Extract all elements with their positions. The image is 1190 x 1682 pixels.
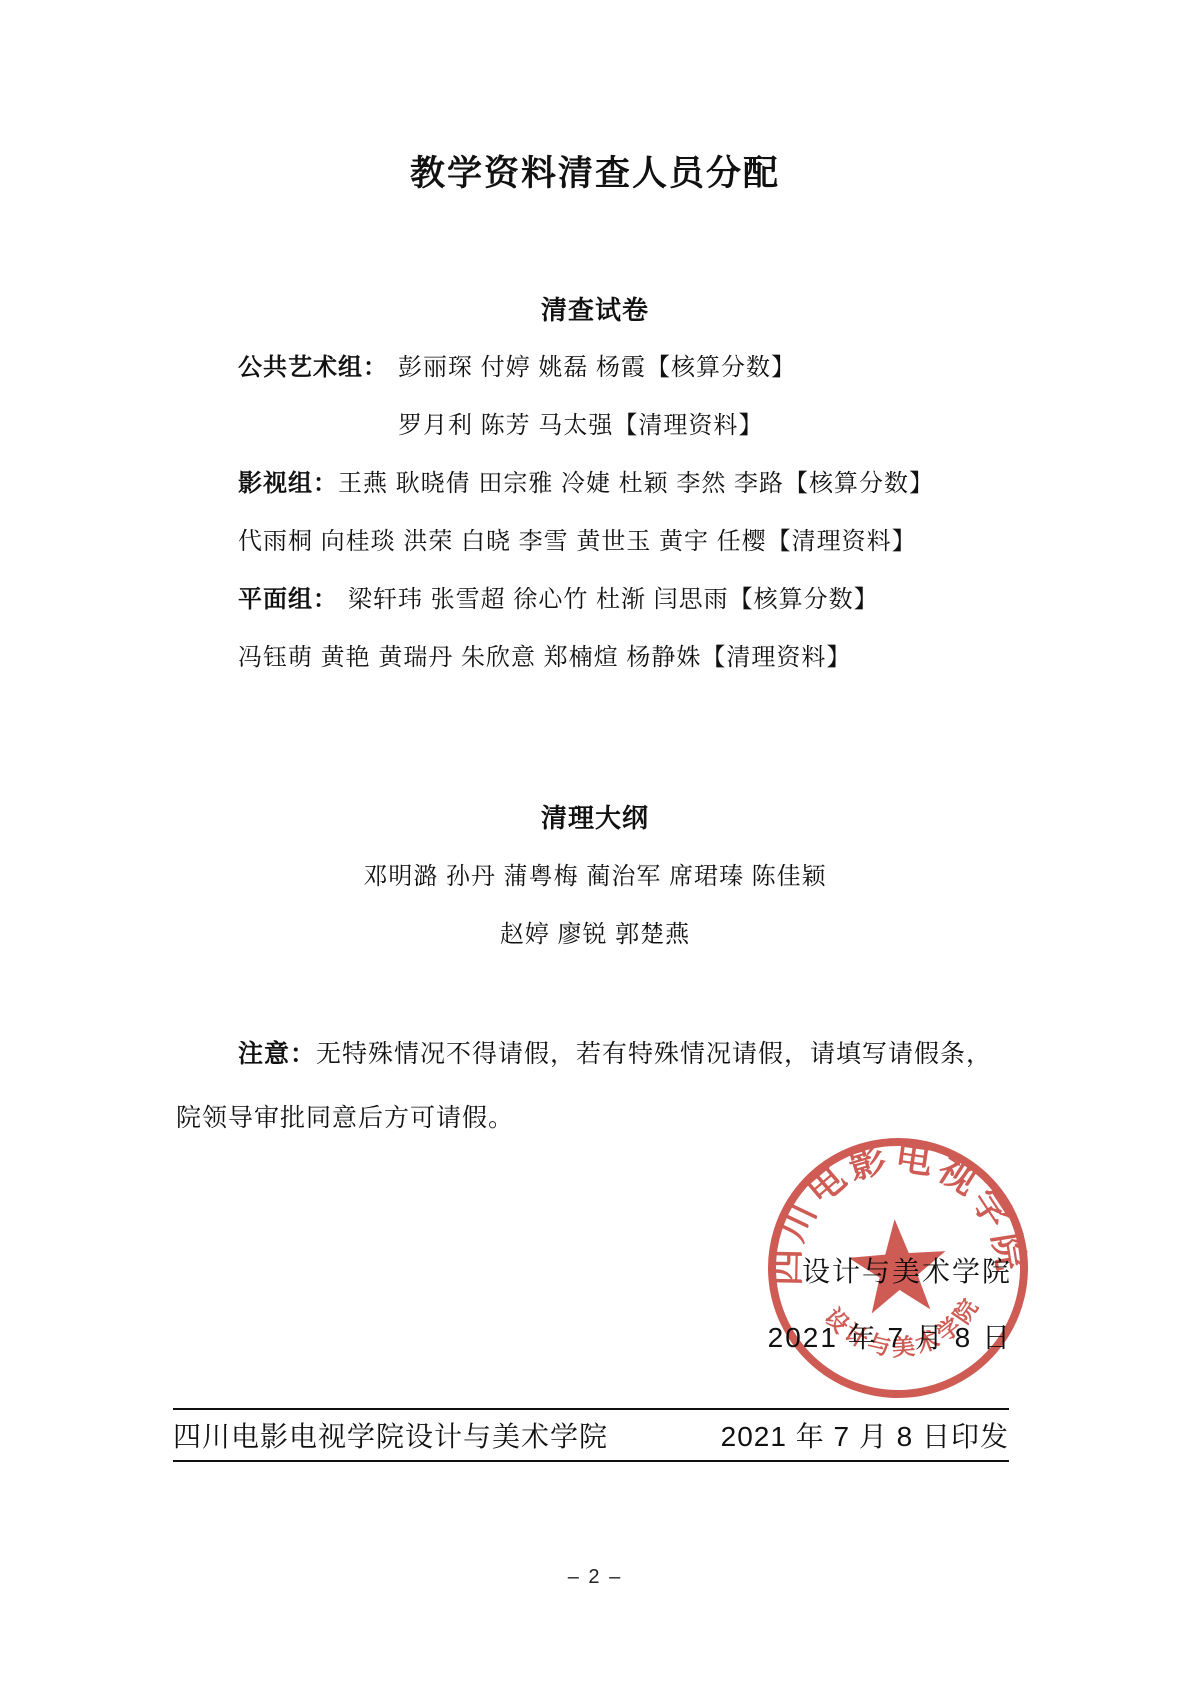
outline-members-line-1: 邓明潞 孙丹 蒲粤梅 蔺治军 席珺瑧 陈佳颖 [165, 856, 1025, 891]
group-label: 平面组： [238, 586, 338, 613]
seal-inner-text: 设计与美术学院 [819, 1293, 986, 1365]
group-line-graphic: 平面组：梁轩玮 张雪超 徐心竹 杜渐 闫思雨【核算分数】 [238, 579, 879, 614]
note-line-1: 注意：无特殊情况不得请假，若有特殊情况请假，请填写请假条， [238, 1034, 992, 1070]
page-number: – 2 – [165, 1566, 1025, 1589]
group-members: 彭丽琛 付婷 姚磊 杨霞【核算分数】 [398, 354, 796, 381]
seal-graphic: 四川电影电视学院 设计与美术学院 [749, 1119, 1048, 1418]
group-label: 公共艺术组： [238, 354, 388, 381]
group-members: 代雨桐 向桂琰 洪荣 白晓 李雪 黄世玉 黄宇 任樱【清理资料】 [238, 528, 917, 555]
document-page: 教学资料清查人员分配 清查试卷 公共艺术组：彭丽琛 付婷 姚磊 杨霞【核算分数】… [0, 0, 1190, 1682]
footer-issuer: 四川电影电视学院设计与美术学院 [173, 1415, 608, 1455]
group-line-film-tv: 影视组：王燕 耿晓倩 田宗雅 冷婕 杜颖 李然 李路【核算分数】 [238, 463, 934, 498]
group-members: 冯钰萌 黄艳 黄瑞丹 朱欣意 郑楠煊 杨静姝【清理资料】 [238, 644, 851, 671]
document-footer: 四川电影电视学院设计与美术学院 2021 年 7 月 8 日印发 [173, 1408, 1009, 1462]
group-line-public-art-cont: 罗月利 陈芳 马太强【清理资料】 [398, 405, 763, 440]
seal-star-icon [846, 1216, 949, 1315]
group-members: 罗月利 陈芳 马太强【清理资料】 [398, 412, 763, 439]
group-label: 影视组： [238, 470, 338, 497]
note-label: 注意： [238, 1040, 316, 1068]
official-seal-stamp: 四川电影电视学院 设计与美术学院 [749, 1119, 1048, 1418]
section-heading-exam-check: 清查试卷 [165, 290, 1025, 327]
group-members: 梁轩玮 张雪超 徐心竹 杜渐 闫思雨【核算分数】 [348, 586, 879, 613]
outline-members-line-2: 赵婷 廖锐 郭楚燕 [165, 914, 1025, 949]
group-line-film-tv-cont: 代雨桐 向桂琰 洪荣 白晓 李雪 黄世玉 黄宇 任樱【清理资料】 [238, 521, 917, 556]
note-line-2: 院领导审批同意后方可请假。 [176, 1098, 514, 1134]
seal-inner-text-holder: 设计与美术学院 [819, 1293, 986, 1365]
section-heading-outline-clean: 清理大纲 [165, 798, 1025, 835]
group-line-public-art: 公共艺术组：彭丽琛 付婷 姚磊 杨霞【核算分数】 [238, 347, 796, 382]
footer-issue-date: 2021 年 7 月 8 日印发 [721, 1415, 1009, 1455]
note-text: 无特殊情况不得请假，若有特殊情况请假，请填写请假条， [316, 1040, 992, 1068]
group-members: 王燕 耿晓倩 田宗雅 冷婕 杜颖 李然 李路【核算分数】 [338, 470, 934, 497]
group-line-graphic-cont: 冯钰萌 黄艳 黄瑞丹 朱欣意 郑楠煊 杨静姝【清理资料】 [238, 637, 851, 672]
page-title: 教学资料清查人员分配 [165, 146, 1025, 196]
